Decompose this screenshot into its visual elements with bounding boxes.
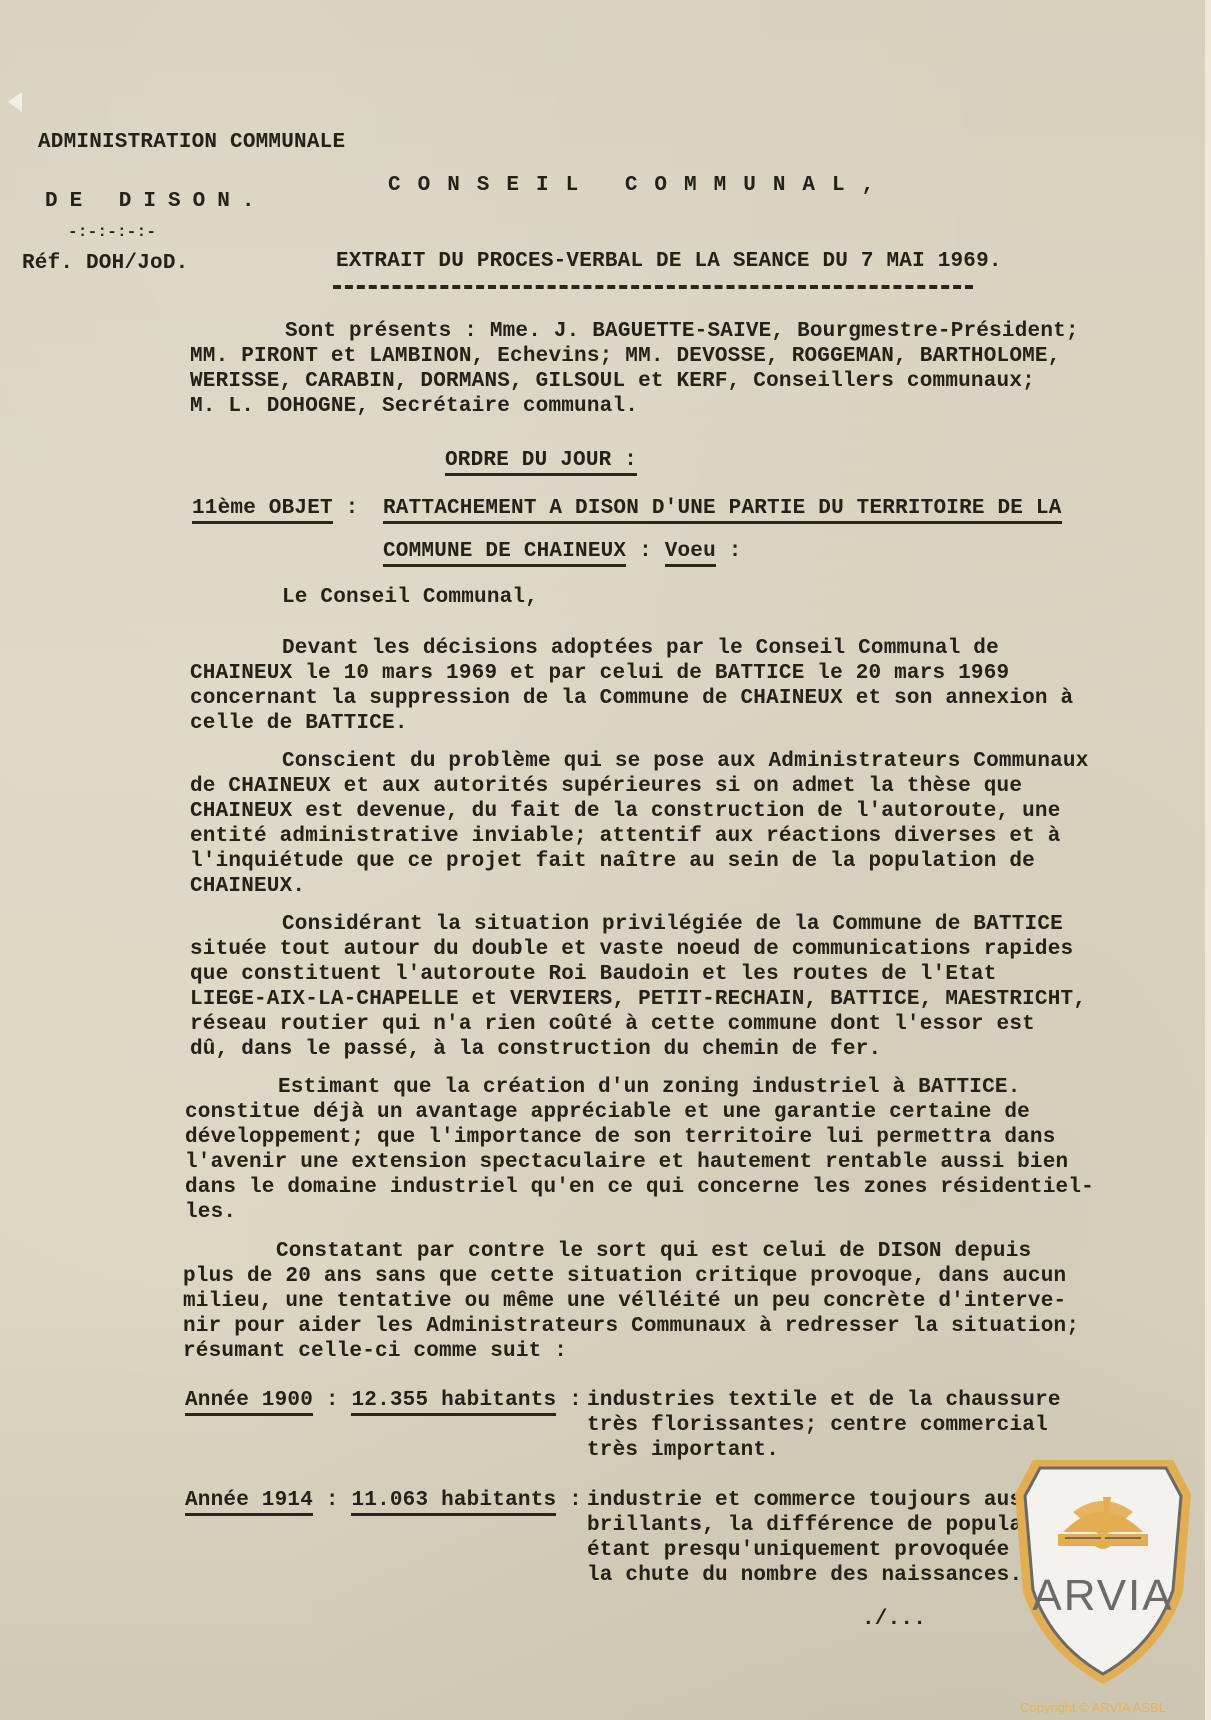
pop-row-2-desc-3: étant presqu'uniquement provoquée par: [587, 1539, 1061, 1563]
para1-line1: Devant les décisions adoptées par le Con…: [282, 637, 999, 661]
para3-line2: située tout autour du double et vaste no…: [190, 938, 1073, 962]
para2-line4: entité administrative inviable; attentif…: [190, 825, 1061, 849]
pop-row-2-sep: :: [326, 1489, 339, 1512]
pop-row-2-desc-1: industrie et commerce toujours aussi: [587, 1489, 1048, 1513]
opening-salutation: Le Conseil Communal,: [282, 586, 538, 610]
para2-line2: de CHAINEUX et aux autorités supérieures…: [190, 775, 1022, 799]
para4-line2: constitue déjà un avantage appréciable e…: [185, 1101, 1030, 1125]
title-dashed-rule: [333, 285, 973, 289]
para3-line3: que constituent l'autoroute Roi Baudoin …: [190, 963, 997, 987]
pop-row-2-desc-4: la chute du nombre des naissances.: [587, 1564, 1022, 1588]
object-title-line2-text: COMMUNE DE CHAINEUX: [383, 540, 626, 567]
para4-line4: l'avenir une extension spectaculaire et …: [185, 1151, 1068, 1175]
pop-row-1-sep: :: [326, 1389, 339, 1412]
para5-line2: plus de 20 ans sans que cette situation …: [183, 1265, 1066, 1289]
para1-line4: celle de BATTICE.: [190, 712, 408, 736]
para4-line3: développement; que l'importance de son t…: [185, 1126, 1056, 1150]
pop-row-1-desc-1: industries textile et de la chaussure: [587, 1389, 1061, 1413]
extract-title: EXTRAIT DU PROCES-VERBAL DE LA SEANCE DU…: [336, 250, 1002, 274]
pop-row-1: Année 1900 : 12.355 habitants :: [185, 1389, 582, 1413]
paper-tear-mark: [8, 92, 22, 112]
para4-line6: les.: [185, 1201, 236, 1225]
council-title: CONSEIL COMMUNAL,: [388, 174, 891, 198]
para2-line6: CHAINEUX.: [190, 875, 305, 899]
para5-line5: résumant celle-ci comme suit :: [183, 1340, 567, 1364]
para5-line3: milieu, une tentative ou même une vélléi…: [183, 1290, 1066, 1314]
para4-line1: Estimant que la création d'un zoning ind…: [278, 1076, 1021, 1100]
object-label-sep: :: [346, 497, 359, 520]
object-type-suffix: :: [729, 540, 742, 563]
pop-row-1-desc-2: très florissantes; centre commercial: [587, 1414, 1048, 1438]
attendance-line-3: WERISSE, CARABIN, DORMANS, GILSOUL et KE…: [190, 370, 1035, 394]
pop-row-1-inhabitants: 12.355 habitants: [351, 1389, 556, 1416]
org-ornament: -:-:-:-:-: [68, 220, 156, 244]
pop-row-1-sep2: :: [569, 1389, 582, 1412]
pop-row-2: Année 1914 : 11.063 habitants :: [185, 1489, 582, 1513]
para3-line4: LIEGE-AIX-LA-CHAPELLE et VERVIERS, PETIT…: [190, 988, 1086, 1012]
page-edge: [1205, 0, 1211, 1720]
para2-line3: CHAINEUX est devenue, du fait de la cons…: [190, 800, 1061, 824]
agenda-heading-text: ORDRE DU JOUR :: [445, 449, 637, 476]
pop-row-2-inhabitants: 11.063 habitants: [351, 1489, 556, 1516]
para5-line4: nir pour aider les Administrateurs Commu…: [183, 1315, 1079, 1339]
para4-line5: dans le domaine industriel qu'en ce qui …: [185, 1176, 1094, 1200]
object-type: Voeu: [665, 540, 716, 567]
attendance-line-4: M. L. DOHOGNE, Secrétaire communal.: [190, 395, 638, 419]
pop-row-2-sep2: :: [569, 1489, 582, 1512]
pop-row-2-year: Année 1914: [185, 1489, 313, 1516]
svg-text:ARVIA: ARVIA: [1032, 1571, 1173, 1620]
agenda-heading: ORDRE DU JOUR :: [445, 449, 637, 473]
pop-row-2-desc-2: brillants, la différence de population: [587, 1514, 1073, 1538]
reference-code: Réf. DOH/JoD.: [22, 252, 188, 276]
org-name-line1: ADMINISTRATION COMMUNALE: [38, 131, 345, 155]
para1-line3: concernant la suppression de la Commune …: [190, 687, 1073, 711]
para3-line5: réseau routier qui n'a rien coûté à cett…: [190, 1013, 1035, 1037]
pop-row-1-year: Année 1900: [185, 1389, 313, 1416]
para3-line1: Considérant la situation privilégiée de …: [282, 913, 1063, 937]
continuation-mark: ./...: [862, 1608, 926, 1632]
arvia-shield-logo-icon: ARVIA: [1013, 1452, 1193, 1688]
org-name-line2: DE DISON.: [45, 190, 266, 214]
object-title-line1: RATTACHEMENT A DISON D'UNE PARTIE DU TER…: [383, 497, 1062, 521]
para2-line5: l'inquiétude que ce projet fait naître a…: [190, 850, 1035, 874]
object-title-line2: COMMUNE DE CHAINEUX : Voeu :: [383, 540, 742, 564]
copyright-notice: Copyright © ARVIA ASBL: [1020, 1700, 1166, 1715]
pop-row-1-desc-3: très important.: [587, 1439, 779, 1463]
para2-line1: Conscient du problème qui se pose aux Ad…: [282, 750, 1089, 774]
object-label: 11ème OBJET :: [192, 497, 358, 521]
object-label-text: 11ème OBJET: [192, 497, 333, 524]
object-title-line1-text: RATTACHEMENT A DISON D'UNE PARTIE DU TER…: [383, 497, 1062, 524]
attendance-line-1: Sont présents : Mme. J. BAGUETTE-SAIVE, …: [285, 320, 1079, 344]
para5-line1: Constatant par contre le sort qui est ce…: [276, 1240, 1031, 1264]
attendance-line-2: MM. PIRONT et LAMBINON, Echevins; MM. DE…: [190, 345, 1061, 369]
object-title-sep: :: [639, 540, 652, 563]
para1-line2: CHAINEUX le 10 mars 1969 et par celui de…: [190, 662, 1009, 686]
para3-line6: dû, dans le passé, à la construction du …: [190, 1038, 881, 1062]
